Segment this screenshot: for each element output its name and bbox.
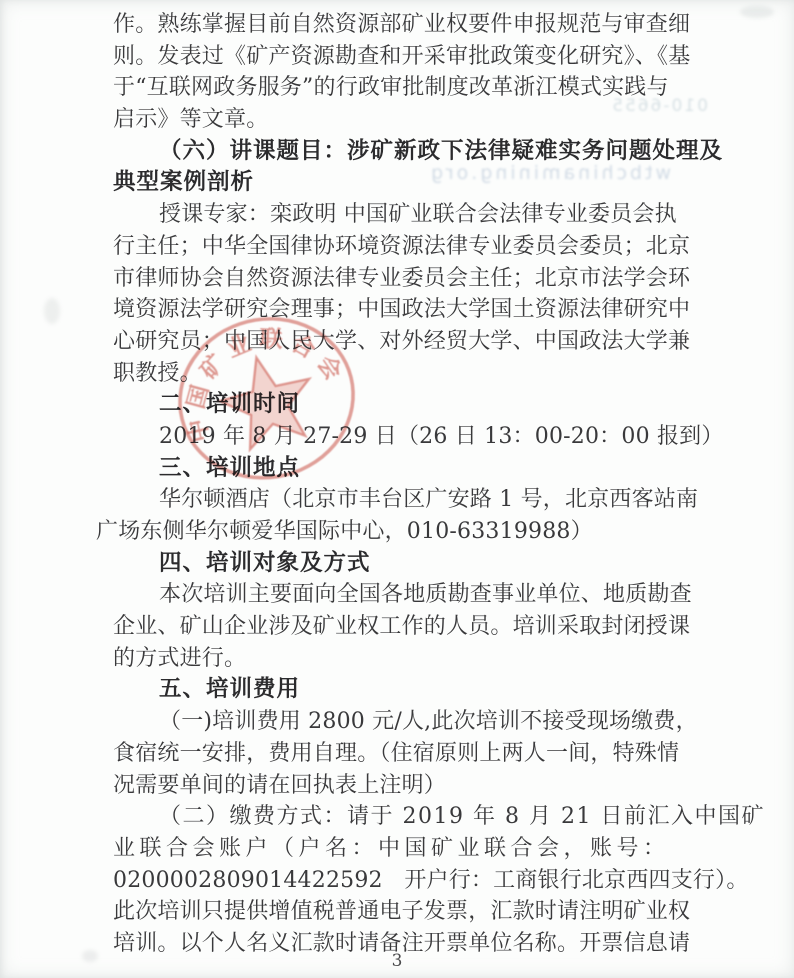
text-line: 二、培训时间 [113,389,689,421]
scan-smudge [740,6,774,18]
text-line: 于“互联网政务服务”的行政审批制度改革浙江模式实践与 [113,72,689,104]
text-line: 0200002809014422592 开户行：工商银行北京西四支行）。 [113,865,689,897]
text-line: 食宿统一安排，费用自理。（住宿原则上两人一间，特殊情 [113,738,689,770]
text-line: 启示》等文章。 [113,104,689,136]
text-line: 三、培训地点 [113,453,689,485]
text-line: 作。熟练掌握目前自然资源部矿业权要件申报规范与审查细 [113,9,689,41]
text-line: 心研究员；中国人民大学、对外经贸大学、中国政法大学兼 [113,326,689,358]
text-line: （一)培训费用 2800 元/人,此次培训不接受现场缴费， [113,706,689,738]
text-line: 则。发表过《矿产资源勘查和开采审批政策变化研究》、《基 [113,41,689,73]
text-line: 授课专家：栾政明 中国矿业联合会法律专业委员会执 [113,199,689,231]
document-body-text: 作。熟练掌握目前自然资源部矿业权要件申报规范与审查细则。发表过《矿产资源勘查和开… [113,9,689,960]
text-line: 五、培训费用 [113,674,689,706]
document-page: 作。熟练掌握目前自然资源部矿业权要件申报规范与审查细则。发表过《矿产资源勘查和开… [0,0,794,978]
text-line: 市律师协会自然资源法律专业委员会主任；北京市法学会环 [113,263,689,295]
text-line: 的方式进行。 [113,643,689,675]
text-line: 典型案例剖析 [113,167,689,199]
text-line: 行主任；中华全国律协环境资源法律专业委员会委员；北京 [113,231,689,263]
text-line: （二）缴费方式：请于 2019 年 8 月 21 日前汇入中国矿 [113,801,689,833]
text-line: 境资源法学研究会理事；中国政法大学国土资源法律研究中 [113,294,689,326]
text-line: 广场东侧华尔顿爱华国际中心，010-63319988） [96,516,689,548]
scan-smudge [44,298,60,324]
text-line: 业联合会账户（户名：中国矿业联合会，账号： [113,833,689,865]
text-line: 况需要单间的请在回执表上注明） [113,770,689,802]
text-line: 本次培训主要面向全国各地质勘查事业单位、地质勘查 [113,579,689,611]
text-line: 企业、矿山企业涉及矿业权工作的人员。培训采取封闭授课 [113,611,689,643]
page-number: 3 [0,951,794,971]
text-line: （六）讲课题目：涉矿新政下法律疑难实务问题处理及 [113,136,689,168]
text-line: 2019 年 8 月 27-29 日（26 日 13：00-20：00 报到） [113,421,689,453]
text-line: 职教授。 [113,358,689,390]
text-line: 四、培训对象及方式 [113,548,689,580]
text-line: 华尔顿酒店（北京市丰台区广安路 1 号，北京西客站南 [113,484,689,516]
text-line: 此次培训只提供增值税普通电子发票，汇款时请注明矿业权 [113,896,689,928]
